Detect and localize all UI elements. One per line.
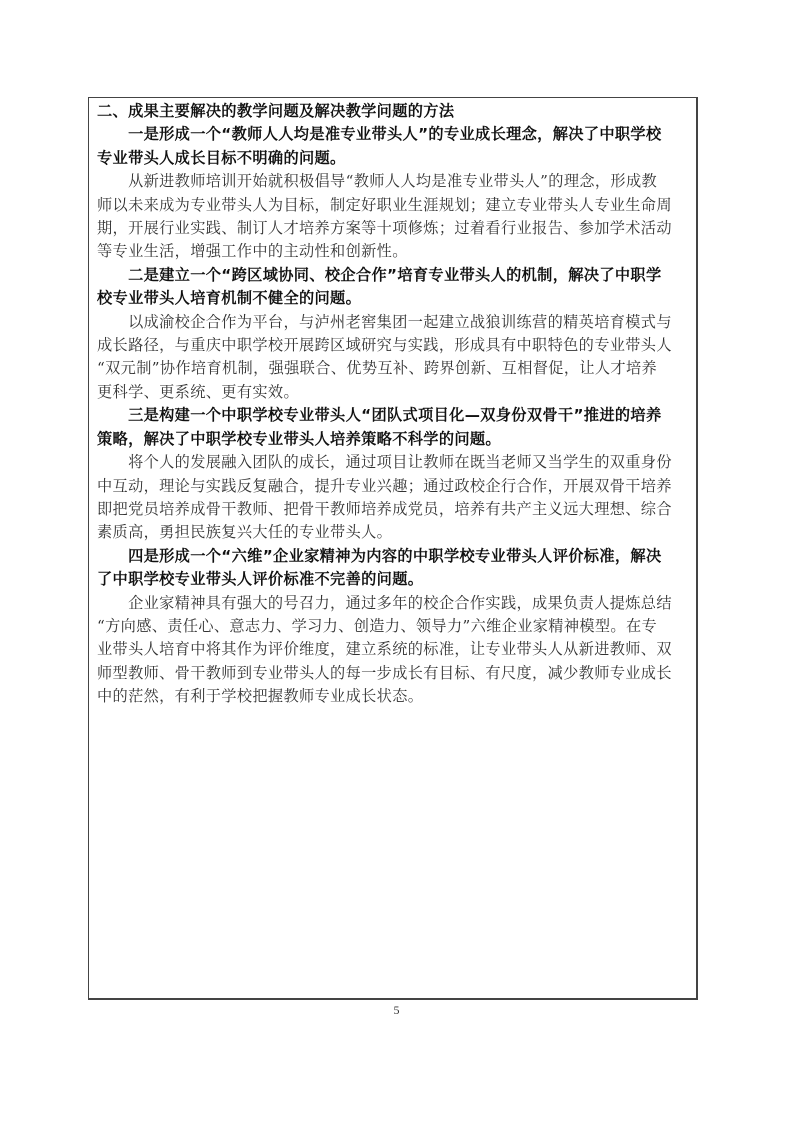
item-body-line: 素质高，勇担民族复兴大任的专业带头人。 bbox=[97, 521, 690, 544]
item-body-line: 等专业生活，增强工作中的主动性和创新性。 bbox=[97, 240, 690, 263]
item-heading-line: 一是形成一个“教师人人均是准专业带头人”的专业成长理念，解决了中职学校 bbox=[97, 123, 690, 146]
section-content: 二、成果主要解决的教学问题及解决教学问题的方法 一是形成一个“教师人人均是准专业… bbox=[97, 100, 690, 709]
item-body-line: 成长路径，与重庆中职学校开展跨区域研究与实践，形成具有中职特色的专业带头人 bbox=[97, 334, 690, 357]
item-body-line: 师以未来成为专业带头人为目标，制定好职业生涯规划；建立专业带头人专业生命周 bbox=[97, 194, 690, 217]
item-body-line: 从新进教师培训开始就积极倡导“教师人人均是准专业带头人”的理念，形成教 bbox=[97, 170, 690, 193]
item-body-line: 更科学、更系统、更有实效。 bbox=[97, 381, 690, 404]
item-4: 四是形成一个“六维”企业家精神为内容的中职学校专业带头人评价标准，解决 了中职学… bbox=[97, 545, 690, 709]
item-1: 一是形成一个“教师人人均是准专业带头人”的专业成长理念，解决了中职学校 专业带头… bbox=[97, 123, 690, 263]
item-body-line: 中互动，理论与实践反复融合，提升专业兴趣；通过政校企行合作，开展双骨干培养 bbox=[97, 475, 690, 498]
item-body-line: 期，开展行业实践、制订人才培养方案等十项修炼；过着看行业报告、参加学术活动 bbox=[97, 217, 690, 240]
item-body-line: 师型教师、骨干教师到专业带头人的每一步成长有目标、有尺度，减少教师专业成长 bbox=[97, 662, 690, 685]
item-3: 三是构建一个中职学校专业带头人“团队式项目化—双身份双骨干”推进的培养 策略，解… bbox=[97, 404, 690, 544]
item-heading-line: 策略，解决了中职学校专业带头人培养策略不科学的问题。 bbox=[97, 428, 690, 451]
page-number: 5 bbox=[0, 1003, 793, 1018]
section-title: 二、成果主要解决的教学问题及解决教学问题的方法 bbox=[97, 100, 690, 123]
item-heading-line: 三是构建一个中职学校专业带头人“团队式项目化—双身份双骨干”推进的培养 bbox=[97, 404, 690, 427]
item-heading-line: 专业带头人成长目标不明确的问题。 bbox=[97, 147, 690, 170]
item-heading-line: 二是建立一个“跨区域协同、校企合作”培育专业带头人的机制，解决了中职学 bbox=[97, 264, 690, 287]
item-2: 二是建立一个“跨区域协同、校企合作”培育专业带头人的机制，解决了中职学 校专业带… bbox=[97, 264, 690, 404]
item-body-line: 中的茫然，有利于学校把握教师专业成长状态。 bbox=[97, 685, 690, 708]
item-body-line: 业带头人培育中将其作为评价维度，建立系统的标准，让专业带头人从新进教师、双 bbox=[97, 638, 690, 661]
item-heading-line: 四是形成一个“六维”企业家精神为内容的中职学校专业带头人评价标准，解决 bbox=[97, 545, 690, 568]
content-table-cell: 二、成果主要解决的教学问题及解决教学问题的方法 一是形成一个“教师人人均是准专业… bbox=[88, 97, 698, 1000]
item-body-line: 以成渝校企合作为平台，与泸州老窖集团一起建立战狼训练营的精英培育模式与 bbox=[97, 311, 690, 334]
item-body-line: “双元制”协作培育机制，强强联合、优势互补、跨界创新、互相督促，让人才培养 bbox=[97, 357, 690, 380]
item-body-line: 企业家精神具有强大的号召力，通过多年的校企合作实践，成果负责人提炼总结 bbox=[97, 592, 690, 615]
item-body-line: 即把党员培养成骨干教师、把骨干教师培养成党员，培养有共产主义远大理想、综合 bbox=[97, 498, 690, 521]
item-heading-line: 了中职学校专业带头人评价标准不完善的问题。 bbox=[97, 568, 690, 591]
item-body-line: “方向感、责任心、意志力、学习力、创造力、领导力”六维企业家精神模型。在专 bbox=[97, 615, 690, 638]
item-heading-line: 校专业带头人培育机制不健全的问题。 bbox=[97, 287, 690, 310]
item-body-line: 将个人的发展融入团队的成长，通过项目让教师在既当老师又当学生的双重身份 bbox=[97, 451, 690, 474]
